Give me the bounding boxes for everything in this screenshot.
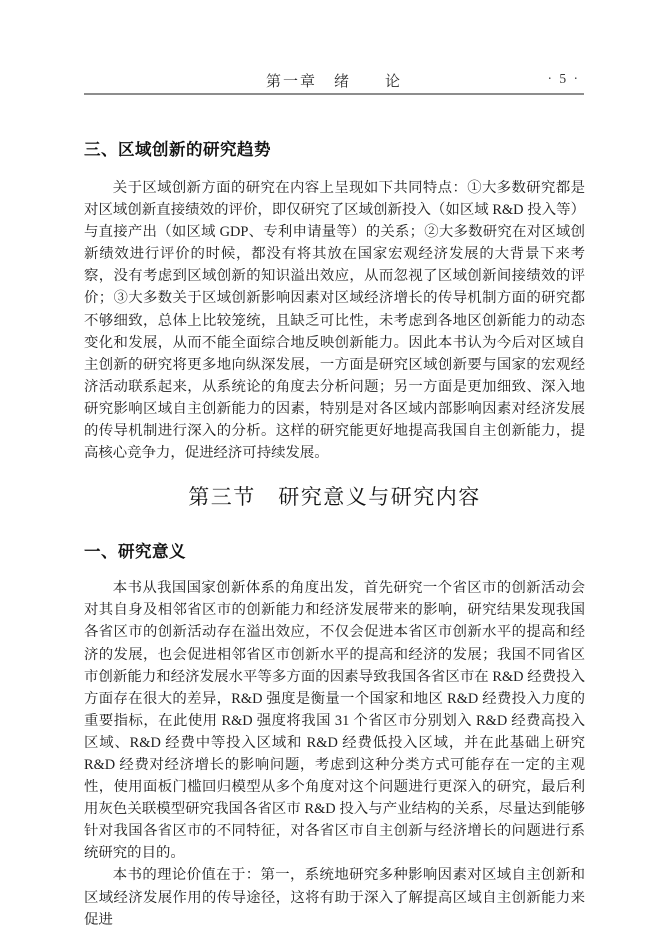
paragraph-research-trends: 关于区域创新方面的研究在内容上呈现如下共同特点：①大多数研究都是对区域创新直接绩…	[84, 177, 585, 464]
heading-research-trends: 三、区域创新的研究趋势	[84, 136, 585, 160]
book-page: 第一章 绪 论 · 5 · 三、区域创新的研究趋势 关于区域创新方面的研究在内容…	[0, 0, 661, 925]
header-rule-line	[84, 93, 584, 95]
paragraph-significance-1: 本书从我国国家创新体系的角度出发，首先研究一个省区市的创新活动会对其自身及相邻省…	[84, 577, 585, 864]
running-head-chapter-title: 第一章 绪 论	[84, 70, 584, 91]
paragraph-significance-2: 本书的理论价值在于：第一，系统地研究多种影响因素对区域自主创新和区域经济发展作用…	[84, 864, 585, 925]
section-title-research-significance-and-content: 第三节 研究意义与研究内容	[84, 481, 585, 511]
heading-research-significance: 一、研究意义	[84, 538, 585, 562]
page-number: · 5 ·	[548, 71, 581, 87]
page-header: 第一章 绪 论 · 5 ·	[84, 70, 584, 92]
page-body: 三、区域创新的研究趋势 关于区域创新方面的研究在内容上呈现如下共同特点：①大多数…	[84, 136, 585, 925]
